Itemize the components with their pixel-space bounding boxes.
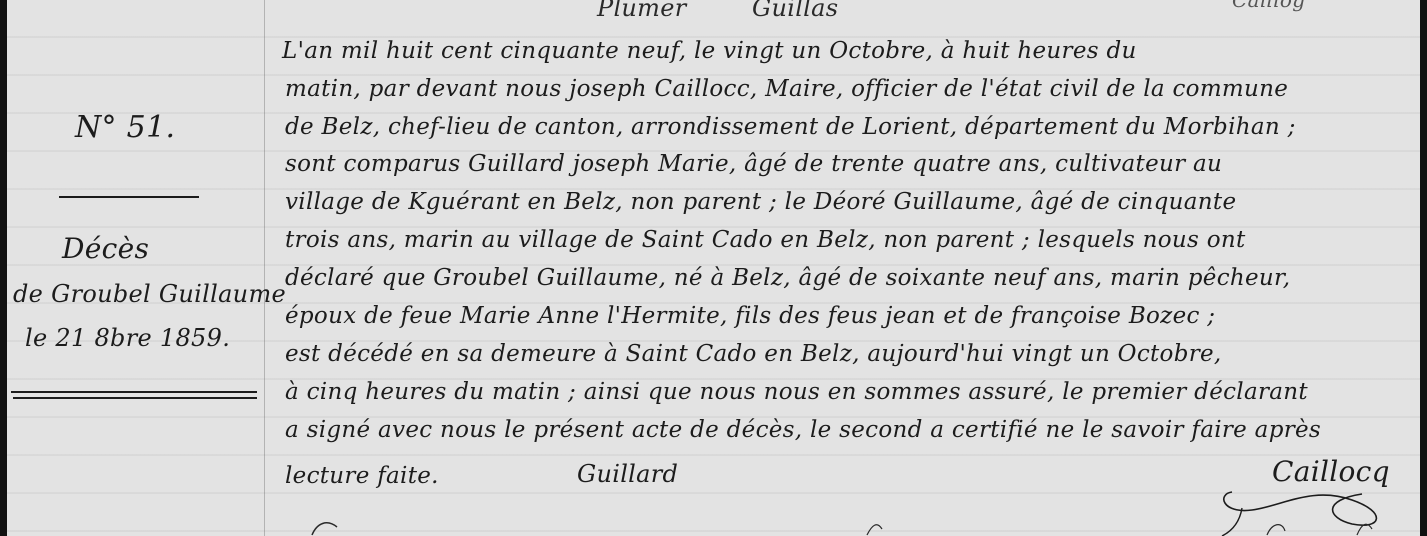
register-page: Plumer Guillas Caillog N° 51. Décès de G… <box>7 0 1420 536</box>
body-line-2: matin, par devant nous joseph Caillocc, … <box>285 76 1288 102</box>
margin-title-deces: Décès <box>62 232 149 265</box>
header-name-right: Guillas <box>752 0 838 22</box>
body-line-1: L'an mil huit cent cinquante neuf, le vi… <box>282 38 1137 64</box>
body-line-10: à cinq heures du matin ; ainsi que nous … <box>285 379 1308 405</box>
body-line-8: époux de feue Marie Anne l'Hermite, fils… <box>285 303 1215 329</box>
scan-border-right <box>1420 0 1427 536</box>
margin-separator-double-1 <box>11 391 257 393</box>
margin-separator-double-2 <box>13 397 257 399</box>
body-line-4: sont comparus Guillard joseph Marie, âgé… <box>285 151 1222 177</box>
header-signature-fragment: Caillog <box>1232 0 1305 12</box>
body-line-12: lecture faite. <box>285 463 439 489</box>
scan-border-left <box>0 0 7 536</box>
body-line-6: trois ans, marin au village de Saint Cad… <box>285 227 1246 253</box>
header-name-left: Plumer <box>597 0 687 22</box>
signature-declarant: Guillard <box>577 460 678 488</box>
margin-date: le 21 8bre 1859. <box>25 324 230 352</box>
next-entry-fragment <box>307 515 1407 536</box>
body-line-3: de Belz, chef-lieu de canton, arrondisse… <box>285 114 1296 140</box>
body-line-5: village de Kguérant en Belz, non parent … <box>285 189 1236 215</box>
margin-separator-top <box>59 196 199 198</box>
margin-subject-name: de Groubel Guillaume <box>13 280 286 308</box>
body-line-7: déclaré que Groubel Guillaume, né à Belz… <box>285 265 1290 291</box>
entry-number: N° 51. <box>75 110 175 145</box>
body-line-11: a signé avec nous le présent acte de déc… <box>285 417 1321 443</box>
body-line-9: est décédé en sa demeure à Saint Cado en… <box>285 341 1222 367</box>
margin-rule <box>264 0 265 536</box>
